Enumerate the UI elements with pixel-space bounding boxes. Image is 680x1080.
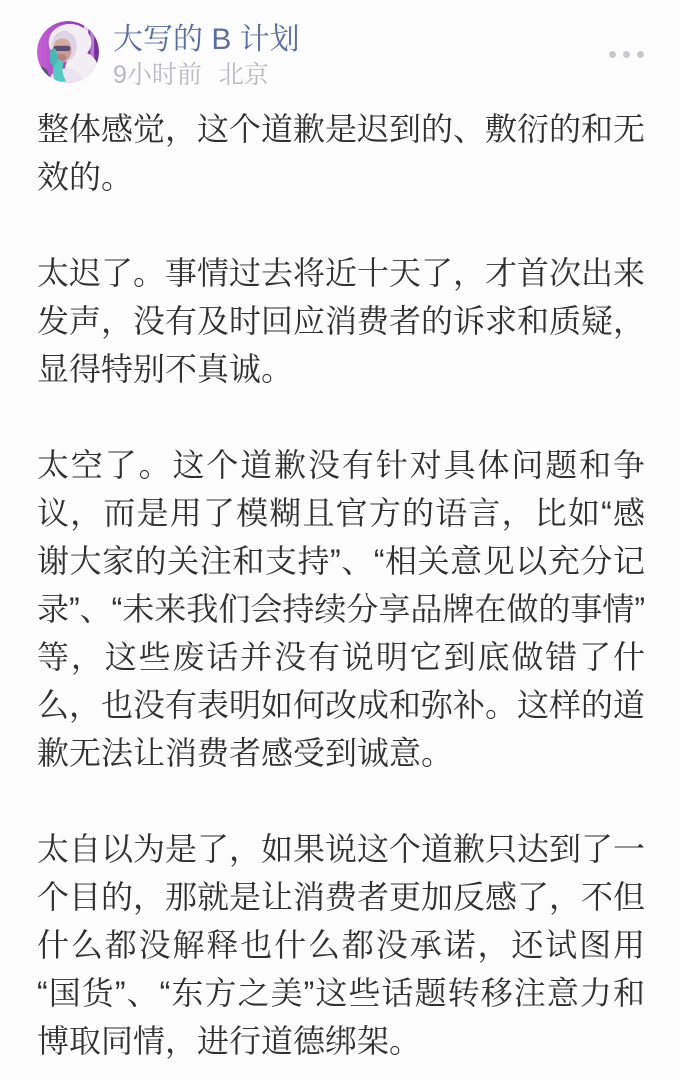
author-block: 大写的 B 计划 9小时前 北京 bbox=[113, 21, 300, 89]
more-options-icon[interactable] bbox=[609, 47, 644, 62]
post-paragraph: 太迟了。事情过去将近十天了，才首次出来发声，没有及时回应消费者的诉求和质疑，显得… bbox=[37, 249, 645, 393]
post-meta: 9小时前 北京 bbox=[113, 61, 300, 89]
post-paragraph: 太自以为是了，如果说这个道歉只达到了一个目的，那就是让消费者更加反感了，不但什么… bbox=[37, 825, 645, 1065]
post-content: 整体感觉，这个道歉是迟到的、敷衍的和无效的。 太迟了。事情过去将近十天了，才首次… bbox=[37, 105, 645, 1065]
avatar[interactable] bbox=[37, 21, 99, 83]
post-paragraph: 太空了。这个道歉没有针对具体问题和争议，而是用了模糊且官方的语言，比如“感谢大家… bbox=[37, 441, 645, 777]
avatar-image bbox=[37, 21, 99, 83]
post-card: 大写的 B 计划 9小时前 北京 整体感觉，这个道歉是迟到的、敷衍的和无效的。 … bbox=[0, 0, 680, 1065]
author-name[interactable]: 大写的 B 计划 bbox=[113, 22, 300, 58]
post-timestamp: 9小时前 bbox=[113, 61, 202, 89]
dot bbox=[637, 51, 644, 58]
dot bbox=[623, 51, 630, 58]
dot bbox=[609, 51, 616, 58]
post-header: 大写的 B 计划 9小时前 北京 bbox=[37, 21, 645, 85]
post-paragraph: 整体感觉，这个道歉是迟到的、敷衍的和无效的。 bbox=[37, 105, 645, 201]
post-location: 北京 bbox=[219, 61, 269, 89]
